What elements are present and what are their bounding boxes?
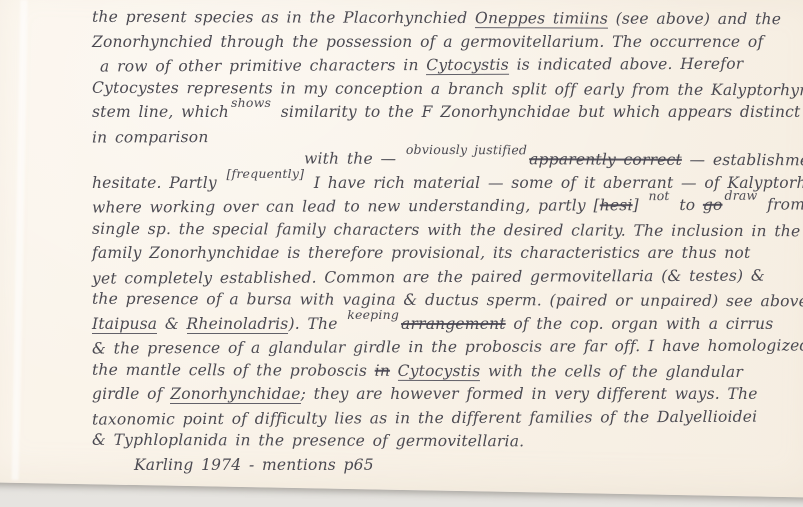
text-segment: Zonorhynchied through the possession of … — [92, 33, 763, 51]
text-segment: stem line, which — [92, 103, 229, 121]
handwriting-line: where working over can lead to new under… — [92, 193, 797, 220]
handwriting-line: & Typhloplanida in the presence of germo… — [92, 429, 797, 455]
inserted-text: [frequently] — [226, 169, 304, 179]
text-segment: hesitate. Partly — [92, 174, 224, 192]
note-content: the present species as in the Placorhync… — [0, 0, 803, 507]
inserted-text: obviously justified — [406, 145, 527, 155]
text-segment: with the — — [304, 150, 404, 168]
footer-line: Karling 1974 - mentions p65 — [92, 454, 797, 478]
inserted-text: keeping — [347, 310, 399, 320]
inserted-text: draw — [724, 191, 757, 201]
underlined-term: Oneppes timiins — [475, 9, 608, 28]
handwriting-line: hesitate. Partly [frequently] I have ric… — [92, 172, 797, 196]
handwriting-line: family Zonorhynchidae is therefore provi… — [92, 242, 797, 266]
footer-citation: Karling 1974 - mentions p65 — [134, 456, 374, 474]
crossed-out-text: arrangement — [401, 315, 506, 333]
handwriting-line: the presence of a bursa with vagina & du… — [92, 288, 797, 314]
text-segment: in comparison — [92, 128, 209, 147]
text-segment: single sp. the special family characters… — [92, 219, 800, 239]
text-segment: the presence of a bursa with vagina & du… — [92, 290, 803, 310]
inserted-text: not — [648, 191, 669, 201]
underlined-term: Cytocystis — [398, 361, 481, 380]
text-segment: (see above) and the — [608, 10, 781, 29]
handwriting-line: the present species as in the Placorhync… — [92, 6, 797, 32]
text-segment: ; they are however formed in very differ… — [301, 385, 758, 403]
scan-frame: the present species as in the Placorhync… — [0, 0, 803, 507]
handwriting-line: taxonomic point of difficulty lies as in… — [92, 405, 797, 432]
handwriting-line: girdle of Zonorhynchidae; they are howev… — [92, 383, 797, 407]
text-segment: a row of other primitive characters in — [100, 56, 426, 75]
handwriting-line: Cytocystes represents in my conception a… — [92, 76, 797, 102]
crossed-out-text: apparently correct — [529, 150, 682, 169]
handwriting-line: single sp. the special family characters… — [92, 217, 797, 243]
text-segment: & Typhloplanida in the presence of germo… — [92, 431, 524, 451]
text-segment: Cytocystes represents in my conception a… — [92, 78, 803, 99]
crossed-out-text: in — [375, 361, 390, 379]
text-segment: with the cells of the glandular — [480, 362, 743, 381]
underlined-term: Rheinoladris — [187, 315, 289, 334]
text-segment: similarity to the F Zonorhynchidae but w… — [273, 103, 800, 121]
text-segment — [390, 361, 398, 379]
text-segment: family Zonorhynchidae is therefore provi… — [92, 244, 750, 262]
note-body: the present species as in the Placorhync… — [92, 7, 797, 454]
handwriting-line: & the presence of a glandular girdle in … — [92, 334, 797, 361]
handwriting-line: Zonorhynchied through the possession of … — [92, 31, 797, 55]
crossed-out-text: go — [703, 196, 723, 214]
text-segment: & the presence of a glandular girdle in … — [92, 336, 803, 357]
handwriting-line: yet completely established. Common are t… — [92, 264, 797, 291]
text-segment: girdle of — [92, 385, 170, 403]
inserted-text: shows — [231, 98, 271, 108]
handwriting-line: Itaipusa & Rheinoladris). The keepingarr… — [92, 313, 797, 337]
text-segment: — establishment of a new family I will — [682, 151, 803, 170]
crossed-out-text: hesi — [600, 196, 633, 214]
text-segment: ). The — [288, 315, 345, 333]
underlined-term: Zonorhynchidae — [170, 385, 300, 404]
text-segment: taxonomic point of difficulty lies as in… — [92, 407, 757, 428]
handwriting-line: with the — obviously justifiedapparently… — [92, 147, 797, 173]
text-segment: the present species as in the Placorhync… — [92, 8, 475, 27]
underlined-term: Itaipusa — [92, 315, 157, 334]
text-segment: from a — [759, 195, 803, 213]
text-segment: to — [672, 196, 703, 214]
underlined-term: Cytocystis — [426, 56, 509, 75]
text-segment: where working over can lead to new under… — [92, 196, 600, 216]
text-segment: & — [157, 315, 186, 333]
text-segment: of the cop. organ with a cirrus — [506, 315, 774, 333]
handwriting-line: the mantle cells of the proboscis in Cyt… — [92, 358, 797, 384]
text-segment: yet completely established. Common are t… — [92, 266, 765, 287]
text-segment: ] — [633, 196, 647, 214]
handwriting-line: stem line, whichshows similarity to the … — [92, 101, 797, 125]
text-segment: is indicated above. Herefor — [509, 55, 743, 74]
handwriting-line: a row of other primitive characters in C… — [92, 52, 797, 79]
text-segment: the mantle cells of the proboscis — [92, 360, 375, 379]
